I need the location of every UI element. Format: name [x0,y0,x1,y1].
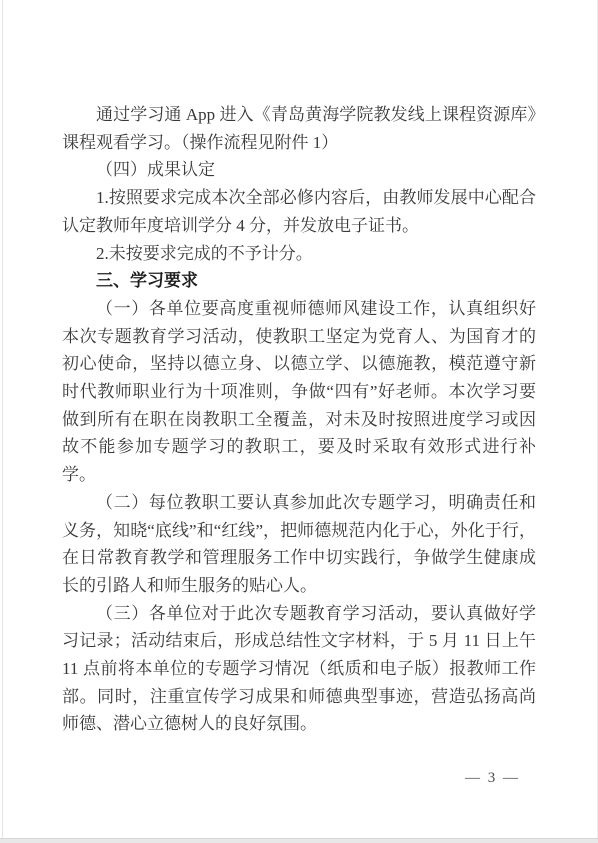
paragraph-requirement3: （三）各单位对于此次专题教育学习活动，要认真做好学习记录；活动结束后，形成总结性… [62,600,536,739]
scan-edge-bottom [0,838,598,843]
paragraph-credit-item1: 1.按照要求完成本次全部必修内容后，由教师发展中心配合认定教师年度培训学分 4 … [62,184,536,239]
paragraph-requirement1: （一）各单位要高度重视师德师风建设工作，认真组织好本次专题教育学习活动，使教职工… [62,295,536,489]
paragraph-requirement2: （二）每位教职工要认真参加此次专题学习，明确责任和义务，知晓“底线”和“红线”，… [62,489,536,600]
scan-edge-left [2,0,3,843]
page-number: — 3 — [465,770,520,787]
heading-section3-study-requirements: 三、学习要求 [62,267,536,295]
document-body: 通过学习通 App 进入《青岛黄海学院教发线上课程资源库》课程观看学习。（操作流… [62,101,536,738]
paragraph-section4-results-title: （四）成果认定 [62,156,536,184]
document-page: 通过学习通 App 进入《青岛黄海学院教发线上课程资源库》课程观看学习。（操作流… [0,0,598,843]
paragraph-app-course-access: 通过学习通 App 进入《青岛黄海学院教发线上课程资源库》课程观看学习。（操作流… [62,101,536,156]
paragraph-credit-item2: 2.未按要求完成的不予计分。 [62,240,536,268]
